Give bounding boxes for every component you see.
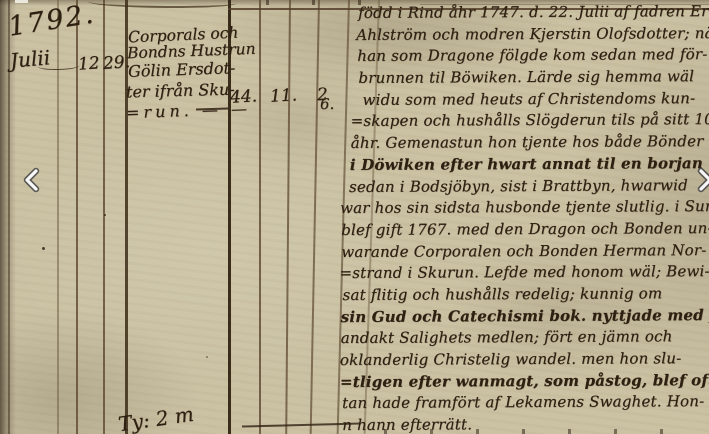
body-line: åhr. Gemenastun hon tjente hos både Bönd… bbox=[337, 131, 709, 155]
body-line: =strand i Skurun. Lefde med honom wäl; B… bbox=[337, 261, 709, 285]
scan-artifact bbox=[15, 0, 28, 3]
column-rule bbox=[259, 0, 261, 434]
chevron-left-icon bbox=[19, 166, 45, 194]
body-line: sin Gud och Catechismi bok. nyttjade med… bbox=[338, 305, 709, 329]
name-line: Gölin Ersdot- bbox=[128, 58, 236, 81]
body-line: blef gift 1767. med den Dragon och Bonde… bbox=[337, 218, 709, 242]
age-months-value: 11. bbox=[269, 85, 297, 106]
body-line: andakt Salighets medlen; fört en jämn oc… bbox=[338, 326, 709, 350]
body-line: widu som med heuts af Christendoms kun- bbox=[336, 88, 709, 112]
body-line: war hos sin sidsta husbonde tjente slutl… bbox=[337, 196, 709, 220]
ink-speck bbox=[104, 214, 106, 216]
name-line: ter ifrån Sku- bbox=[126, 80, 235, 102]
body-line: brunnen til Böwiken. Lärde sig hemma wäl bbox=[336, 66, 709, 90]
body-line: Ahlström och modren Kjerstin Olofsdotter… bbox=[336, 23, 709, 47]
record-body: född i Rind åhr 1747. d. 22. Julii af fa… bbox=[336, 1, 709, 434]
ink-speck bbox=[206, 356, 208, 358]
age-years-value: 44. bbox=[229, 86, 257, 107]
nav-next-button[interactable] bbox=[697, 166, 709, 194]
body-line: sat flitig och hushålls redelig; kunnig … bbox=[337, 283, 709, 307]
body-line: warande Corporalen och Bonden Herman Nor… bbox=[337, 240, 709, 264]
body-line: =tligen efter wanmagt, som påstog, blef … bbox=[338, 370, 709, 394]
body-line: han som Dragone fölgde kom sedan med för… bbox=[336, 44, 709, 68]
nav-prev-button[interactable] bbox=[19, 166, 45, 194]
document-viewer: 1792. Julii 12 29. Corporals och Bondns … bbox=[0, 0, 709, 434]
chevron-right-icon bbox=[697, 166, 709, 194]
cut-text-fragments bbox=[360, 429, 690, 434]
body-line: i Döwiken efter hwart annat til en borja… bbox=[337, 153, 709, 177]
body-line: oklanderlig Christelig wandel. men hon s… bbox=[338, 348, 709, 372]
body-line: tan hade framfört af Lekamens Swaghet. H… bbox=[338, 391, 709, 415]
entry-number: 6. bbox=[320, 95, 334, 113]
body-line: sedan i Bodsjöbyn, sist i Brattbyn, hwar… bbox=[337, 175, 709, 199]
day-column-value: 12 bbox=[77, 53, 100, 74]
body-line: =skapen och hushålls Slögderun tils på s… bbox=[337, 109, 709, 133]
body-line: född i Rind åhr 1747. d. 22. Julii af fa… bbox=[336, 1, 709, 25]
ink-speck bbox=[42, 247, 45, 250]
